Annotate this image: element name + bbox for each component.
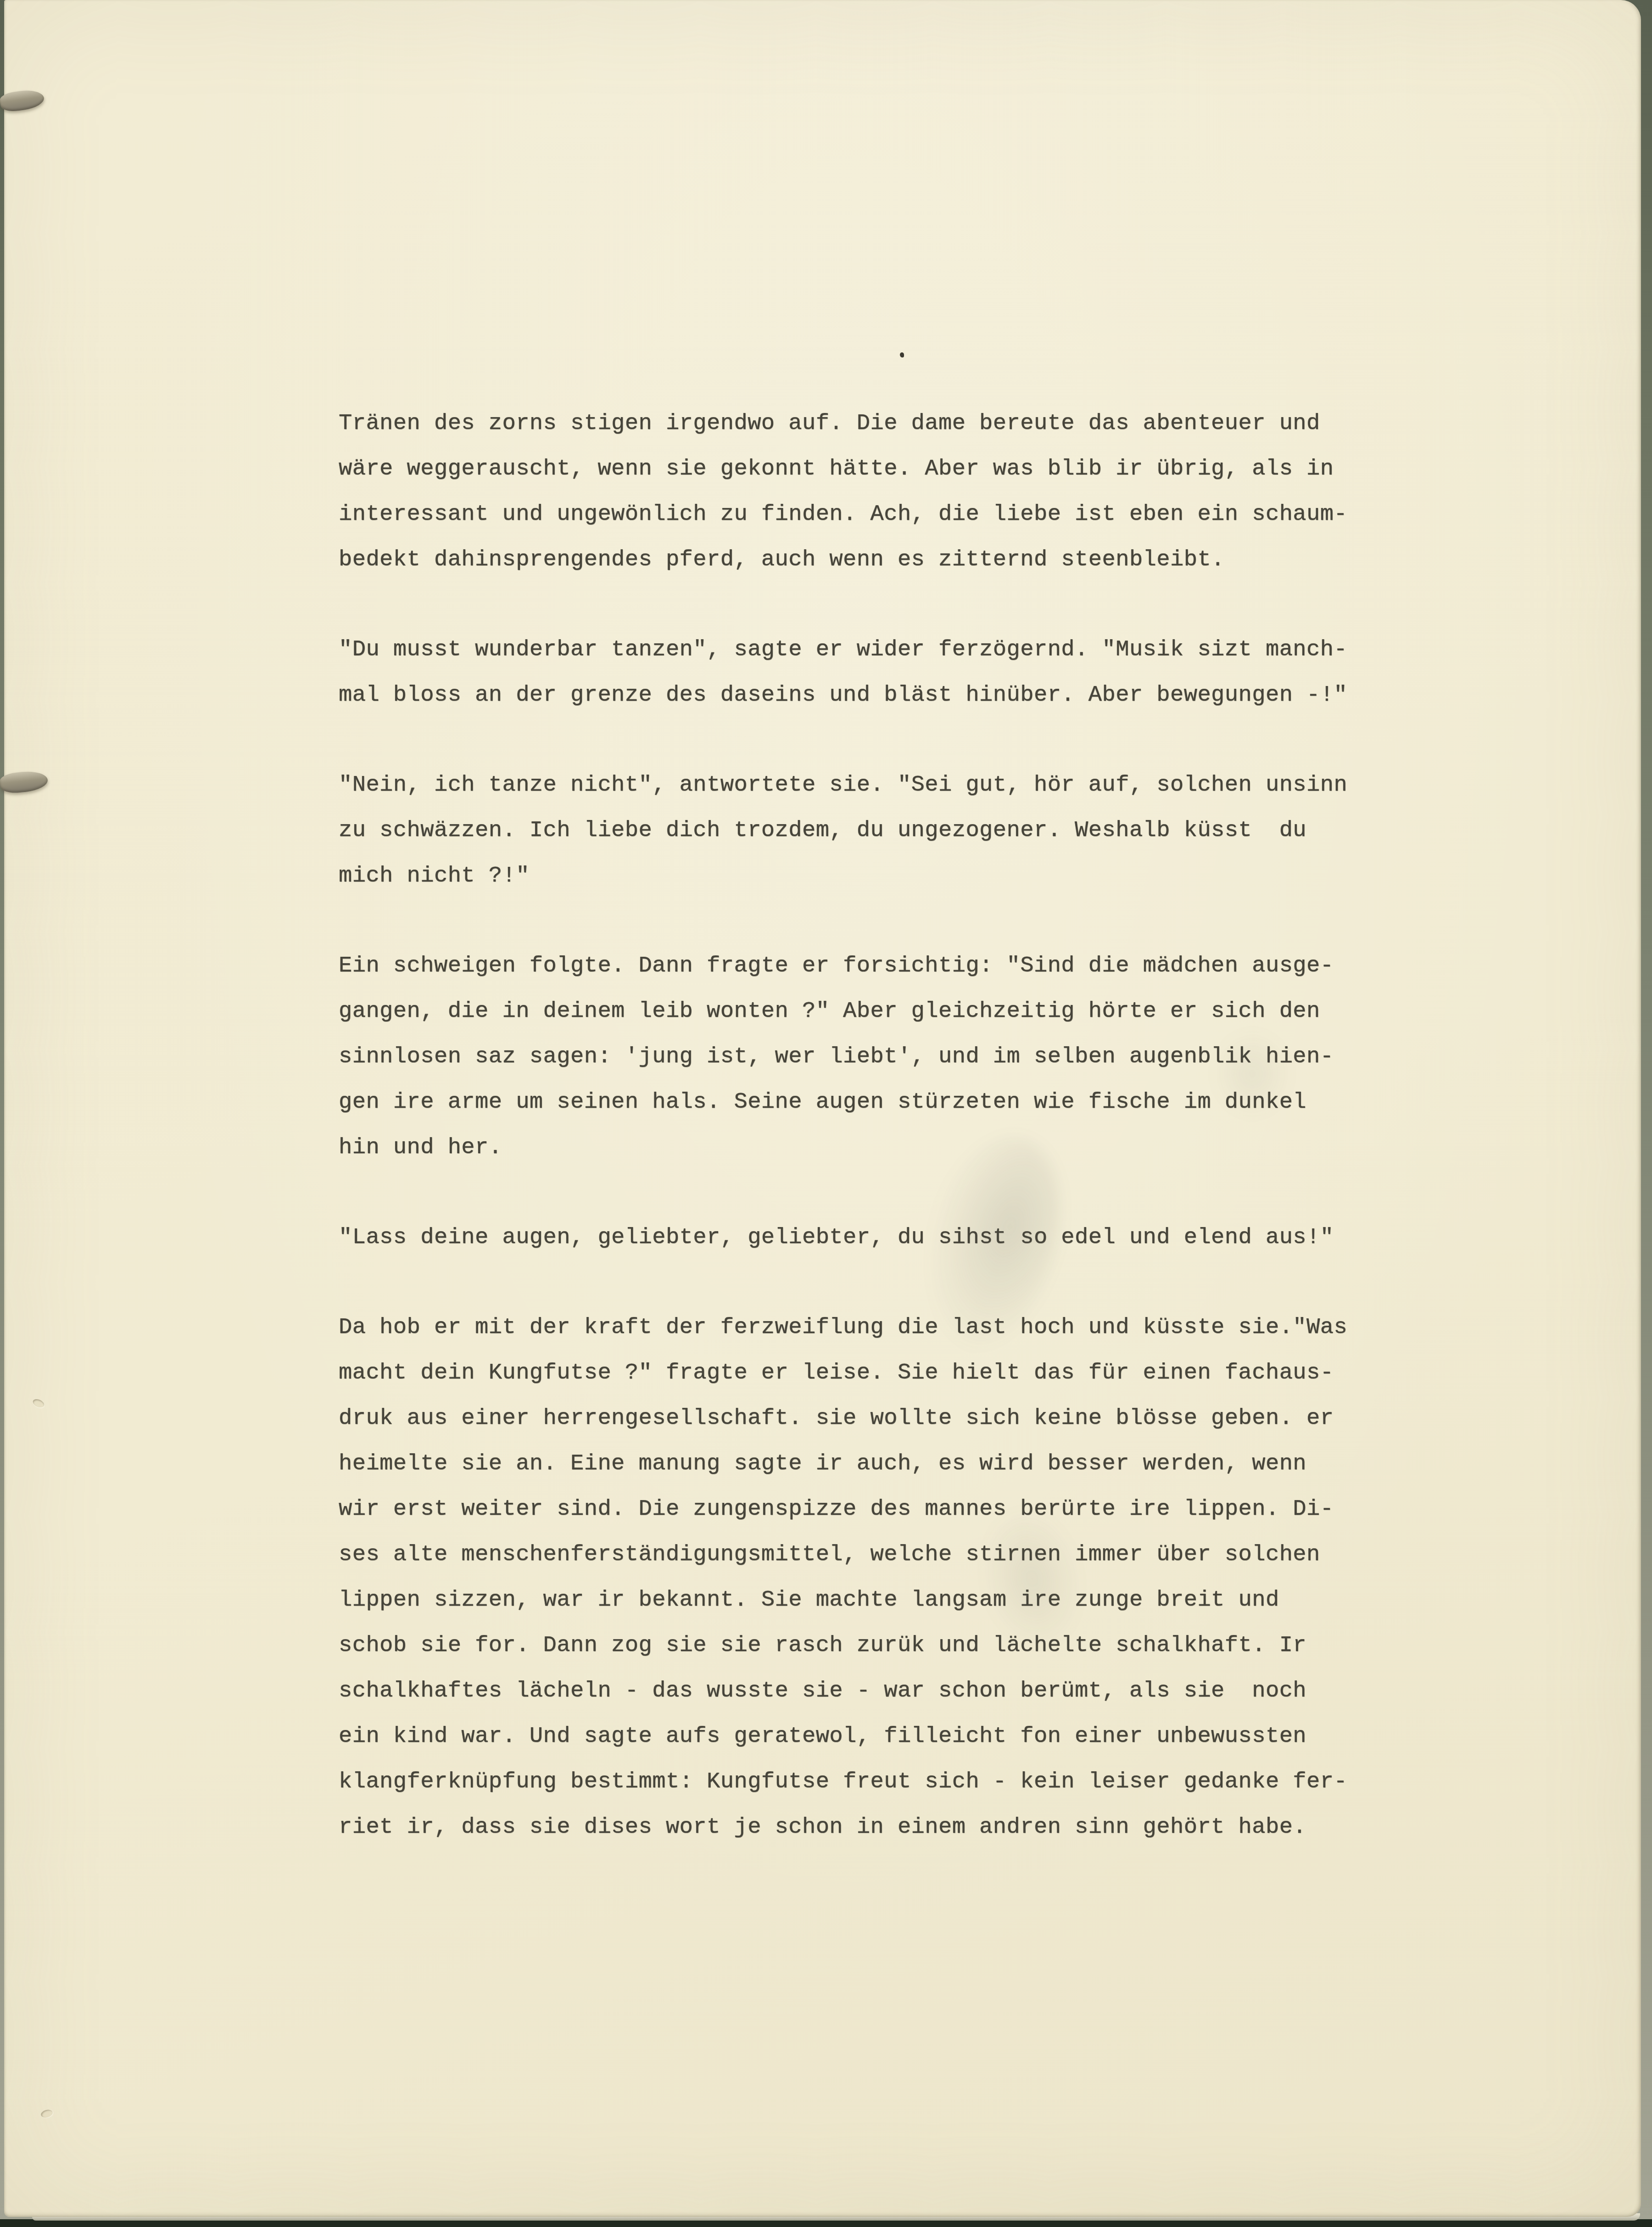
paragraph: "Lass deine augen, geliebter, geliebter,… (339, 1215, 1347, 1260)
text-line: schalkhaftes lächeln - das wusste sie - … (339, 1668, 1347, 1714)
text-line: "Lass deine augen, geliebter, geliebter,… (339, 1215, 1347, 1260)
typed-text-block: Tränen des zorns stigen irgendwo auf. Di… (339, 401, 1347, 1894)
text-line: bedekt dahinsprengendes pferd, auch wenn… (339, 537, 1347, 582)
paragraph: Tränen des zorns stigen irgendwo auf. Di… (339, 401, 1347, 582)
text-line: gen ire arme um seinen hals. Seine augen… (339, 1079, 1347, 1125)
text-line: Ein schweigen folgte. Dann fragte er for… (339, 943, 1347, 988)
paragraph: "Nein, ich tanze nicht", antwortete sie.… (339, 762, 1347, 899)
text-line: macht dein Kungfutse ?" fragte er leise.… (339, 1350, 1347, 1395)
text-line: Tränen des zorns stigen irgendwo auf. Di… (339, 401, 1347, 446)
ink-dot (900, 352, 904, 357)
text-line: sinnlosen saz sagen: 'jung ist, wer lieb… (339, 1034, 1347, 1079)
text-line: hin und her. (339, 1125, 1347, 1170)
text-line: wir erst weiter sind. Die zungenspizze d… (339, 1486, 1347, 1532)
text-line: gangen, die in deinem leib wonten ?" Abe… (339, 988, 1347, 1034)
text-line: klangferknüpfung bestimmt: Kungfutse fre… (339, 1759, 1347, 1804)
text-line: lippen sizzen, war ir bekannt. Sie macht… (339, 1577, 1347, 1623)
text-line: riet ir, dass sie dises wort je schon in… (339, 1804, 1347, 1850)
text-line: druk aus einer herrengesellschaft. sie w… (339, 1395, 1347, 1441)
text-line: Da hob er mit der kraft der ferzweiflung… (339, 1305, 1347, 1350)
text-line: "Nein, ich tanze nicht", antwortete sie.… (339, 762, 1347, 808)
paragraph: Ein schweigen folgte. Dann fragte er for… (339, 943, 1347, 1170)
text-line: interessant und ungewönlich zu finden. A… (339, 491, 1347, 537)
text-line: zu schwäzzen. Ich liebe dich trozdem, du… (339, 808, 1347, 853)
book-backing: Tränen des zorns stigen irgendwo auf. Di… (0, 0, 1652, 2227)
text-line: schob sie for. Dann zog sie sie rasch zu… (339, 1623, 1347, 1668)
text-line: wäre weggerauscht, wenn sie gekonnt hätt… (339, 446, 1347, 491)
text-line: ses alte menschenferständigungsmittel, w… (339, 1532, 1347, 1577)
paragraph: Da hob er mit der kraft der ferzweiflung… (339, 1305, 1347, 1850)
binding-thread-icon (0, 88, 45, 113)
typescript-page: Tränen des zorns stigen irgendwo auf. Di… (4, 0, 1641, 2217)
paper-crease (40, 2109, 53, 2119)
text-line: ein kind war. Und sagte aufs geratewol, … (339, 1714, 1347, 1759)
paper-crease (32, 1397, 45, 1409)
text-line: mich nicht ?!" (339, 853, 1347, 899)
text-line: mal bloss an der grenze des daseins und … (339, 672, 1347, 718)
text-line: "Du musst wunderbar tanzen", sagte er wi… (339, 627, 1347, 672)
paragraph: "Du musst wunderbar tanzen", sagte er wi… (339, 627, 1347, 718)
binding-thread-icon (0, 770, 49, 795)
text-line: heimelte sie an. Eine manung sagte ir au… (339, 1441, 1347, 1486)
